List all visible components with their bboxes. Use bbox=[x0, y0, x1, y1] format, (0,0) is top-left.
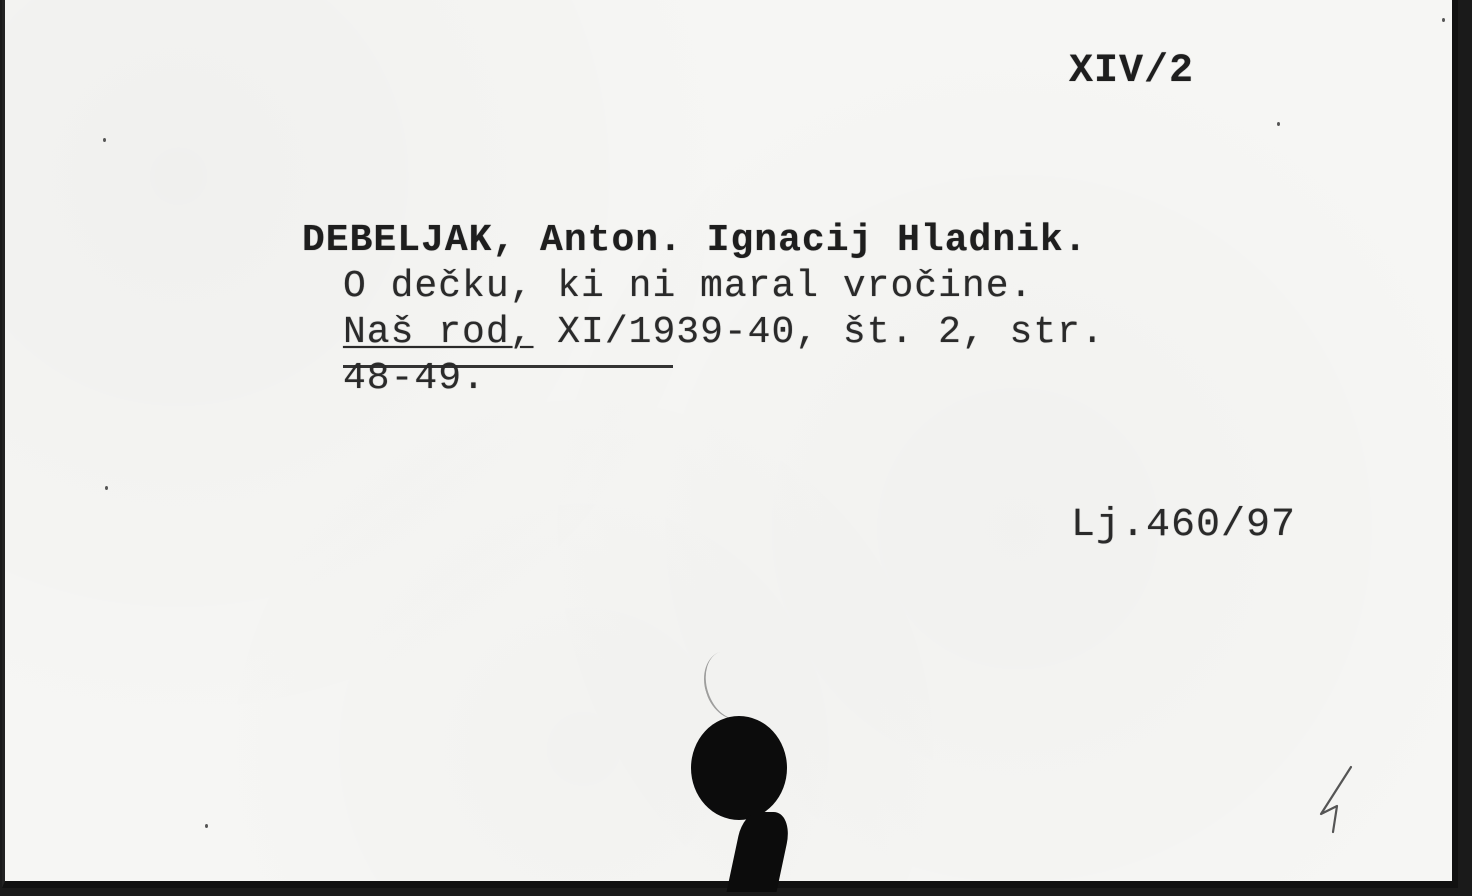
shelf-mark: XIV/2 bbox=[1069, 52, 1194, 92]
paper-speck bbox=[105, 486, 108, 490]
paper-speck bbox=[1442, 18, 1445, 22]
paper-speck bbox=[103, 138, 106, 142]
catalog-card: XIV/2 DEBELJAK, Anton. Ignacij Hladnik. … bbox=[2, 0, 1458, 888]
call-number: Lj.460/97 bbox=[1071, 506, 1296, 546]
entry-pages: 48-49. bbox=[343, 360, 486, 398]
handwritten-number bbox=[1317, 762, 1357, 842]
punch-hole-tear bbox=[726, 812, 793, 892]
subject-name: Ignacij Hladnik. bbox=[707, 219, 1088, 262]
journal-name: Naš rod, bbox=[343, 311, 533, 354]
entry-source: Naš rod, XI/1939-40, št. 2, str. bbox=[343, 314, 1105, 352]
author-name: DEBELJAK, Anton. bbox=[302, 219, 683, 262]
paper-speck bbox=[1277, 122, 1280, 126]
entry-heading: DEBELJAK, Anton. Ignacij Hladnik. bbox=[302, 222, 1088, 260]
journal-citation: XI/1939-40, št. 2, str. bbox=[533, 311, 1104, 354]
torn-fibers bbox=[695, 644, 766, 727]
punch-hole bbox=[691, 716, 787, 820]
entry-title: O dečku, ki ni maral vročine. bbox=[343, 268, 1033, 306]
paper-speck bbox=[205, 824, 208, 828]
